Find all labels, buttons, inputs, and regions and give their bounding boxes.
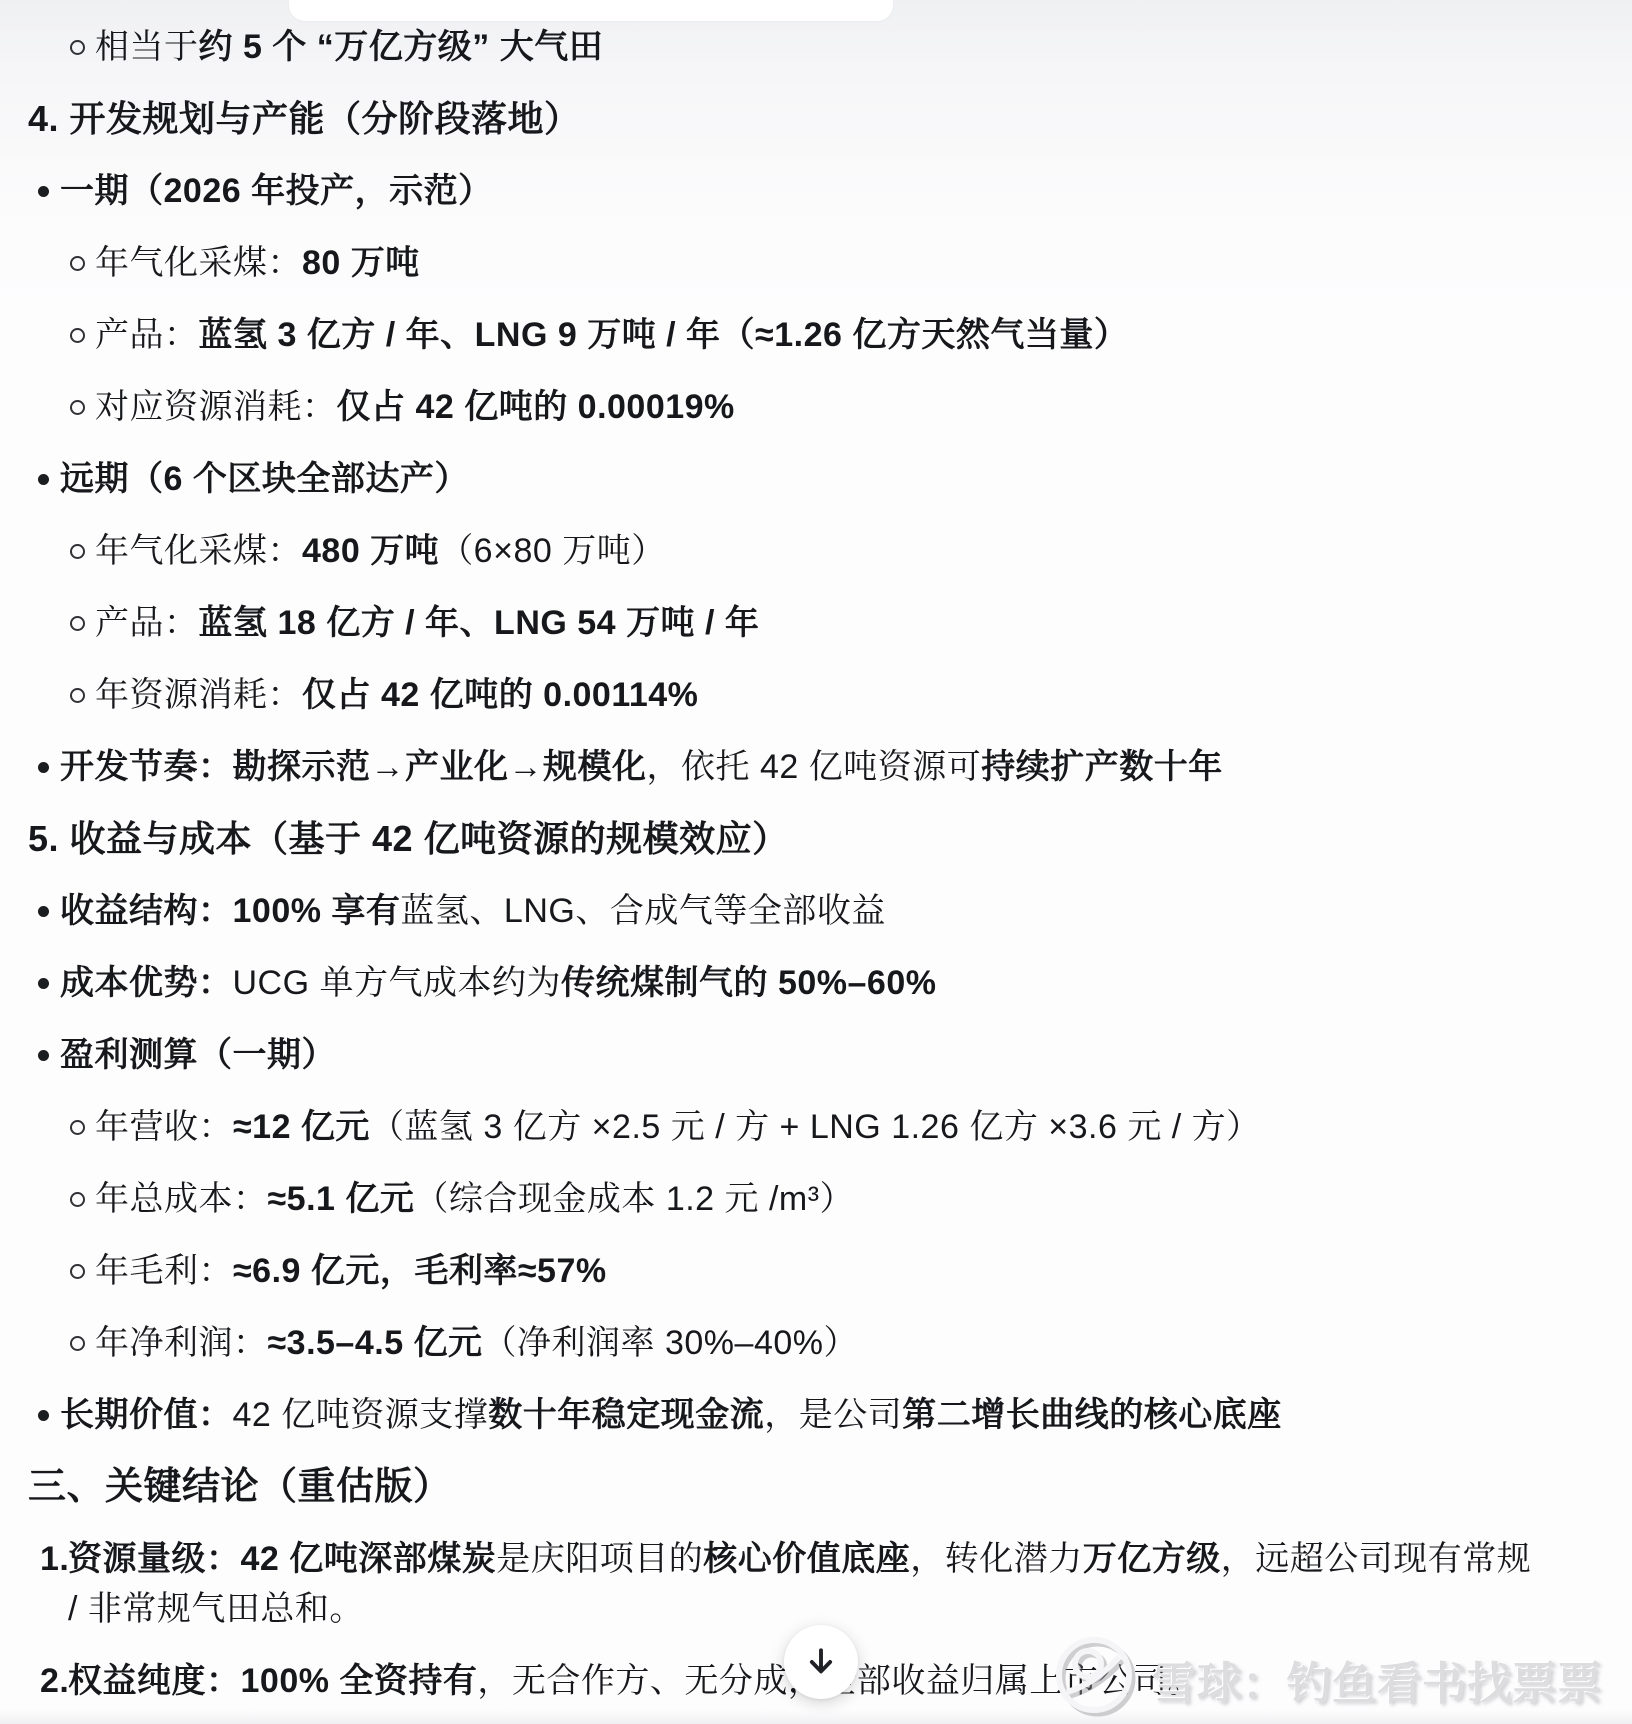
bullet-solid-icon: [38, 1050, 49, 1061]
line-text: 产品：蓝氢 18 亿方 / 年、LNG 54 万吨 / 年: [95, 604, 759, 642]
list-item: 年营收：≈12 亿元（蓝氢 3 亿方 ×2.5 元 / 方 + LNG 1.26…: [0, 1102, 1537, 1152]
list-item: 产品：蓝氢 18 亿方 / 年、LNG 54 万吨 / 年: [0, 598, 1537, 648]
line-text: 年气化采煤：480 万吨（6×80 万吨）: [95, 532, 666, 570]
list-item: 1.资源量级：42 亿吨深部煤炭是庆阳项目的核心价值底座，转化潜力万亿方级，远超…: [0, 1534, 1537, 1634]
bullet-solid-icon: [38, 186, 49, 197]
section-heading: 5. 收益与成本（基于 42 亿吨资源的规模效应）: [0, 814, 1537, 864]
bullet-solid-icon: [38, 906, 49, 917]
text-segment: 数十年稳定现金流: [488, 1396, 764, 1434]
bullet-hollow-icon: [70, 544, 85, 559]
text-segment: 年总成本：: [95, 1180, 268, 1218]
text-segment: （净利润率 30%–40%）: [483, 1324, 858, 1362]
list-item: 长期价值：42 亿吨资源支撑数十年稳定现金流，是公司第二增长曲线的核心底座: [0, 1390, 1537, 1440]
list-item: 年资源消耗：仅占 42 亿吨的 0.00114%: [0, 670, 1537, 720]
watermark: 雪球：钓鱼看书找票票: [1054, 1635, 1602, 1723]
line-text: 三、关键结论（重估版）: [28, 1466, 452, 1508]
download-arrow-icon: [803, 1644, 839, 1680]
text-segment: 480 万吨: [302, 532, 439, 570]
list-item: 一期（2026 年投产，示范）: [0, 166, 1537, 216]
text-segment: 资源量级：42 亿吨深部煤炭: [68, 1540, 496, 1578]
text-segment: 蓝氢、LNG、合成气等全部收益: [400, 892, 885, 930]
text-segment: 成本优势：: [60, 964, 233, 1002]
list-item: 年气化采煤：480 万吨（6×80 万吨）: [0, 526, 1537, 576]
xueqiu-snowball-logo-icon: [1054, 1635, 1142, 1723]
text-segment: 第二增长曲线的核心底座: [902, 1396, 1282, 1434]
bullet-solid-icon: [38, 762, 49, 773]
line-text: 收益结构：100% 享有蓝氢、LNG、合成气等全部收益: [60, 892, 886, 930]
text-segment: 产品：: [95, 316, 199, 354]
text-segment: 收益结构：100% 享有: [60, 892, 400, 930]
bullet-hollow-icon: [70, 688, 85, 703]
line-text: 一期（2026 年投产，示范）: [60, 172, 493, 210]
text-segment: 仅占 42 亿吨的 0.00114%: [302, 676, 698, 714]
text-segment: ，依托 42 亿吨资源可: [647, 748, 982, 786]
text-segment: 年气化采煤：: [95, 244, 302, 282]
text-segment: 5. 收益与成本（基于 42 亿吨资源的规模效应）: [28, 818, 789, 859]
text-segment: （6×80 万吨）: [439, 532, 666, 570]
text-segment: 80 万吨: [302, 244, 420, 282]
list-item: 年毛利：≈6.9 亿元，毛利率≈57%: [0, 1246, 1537, 1296]
line-text: 对应资源消耗：仅占 42 亿吨的 0.00019%: [95, 388, 735, 426]
line-text: 权益纯度：100% 全资持有，无合作方、无分成，全部收益归属上市公司。: [68, 1662, 1202, 1700]
section-heading: 4. 开发规划与产能（分阶段落地）: [0, 94, 1537, 144]
bullet-hollow-icon: [70, 256, 85, 271]
text-segment: ≈6.9 亿元，毛利率≈57%: [233, 1252, 607, 1290]
text-segment: 年毛利：: [95, 1252, 233, 1290]
line-text: 长期价值：42 亿吨资源支撑数十年稳定现金流，是公司第二增长曲线的核心底座: [60, 1396, 1282, 1434]
watermark-text: 雪球：钓鱼看书找票票: [1152, 1647, 1602, 1712]
text-segment: 4. 开发规划与产能（分阶段落地）: [28, 98, 581, 139]
list-number: 1.: [40, 1534, 69, 1584]
bullet-hollow-icon: [70, 616, 85, 631]
text-segment: 年资源消耗：: [95, 676, 302, 714]
bullet-hollow-icon: [70, 1336, 85, 1351]
text-segment: 核心价值底座: [703, 1540, 910, 1578]
bullet-hollow-icon: [70, 328, 85, 343]
text-segment: ≈5.1 亿元: [268, 1180, 415, 1218]
text-segment: 产品：: [95, 604, 199, 642]
bullet-hollow-icon: [70, 1264, 85, 1279]
text-segment: 一期（2026 年投产，示范）: [60, 172, 493, 210]
list-item: 年净利润：≈3.5–4.5 亿元（净利润率 30%–40%）: [0, 1318, 1537, 1368]
line-text: 4. 开发规划与产能（分阶段落地）: [28, 98, 581, 139]
text-segment: 传统煤制气的 50%–60%: [561, 964, 936, 1002]
text-segment: 盈利测算（一期）: [60, 1036, 336, 1074]
bullet-hollow-icon: [70, 1120, 85, 1135]
bullet-solid-icon: [38, 1410, 49, 1421]
text-segment: 年营收：: [95, 1108, 233, 1146]
line-text: 5. 收益与成本（基于 42 亿吨资源的规模效应）: [28, 818, 789, 859]
section-heading: 三、关键结论（重估版）: [0, 1462, 1537, 1512]
list-item: 远期（6 个区块全部达产）: [0, 454, 1537, 504]
line-text: 年毛利：≈6.9 亿元，毛利率≈57%: [95, 1252, 607, 1290]
text-segment: 42 亿吨资源支撑: [233, 1396, 489, 1434]
bullet-hollow-icon: [70, 40, 85, 55]
line-text: 资源量级：42 亿吨深部煤炭是庆阳项目的核心价值底座，转化潜力万亿方级，远超公司…: [68, 1540, 1531, 1628]
list-item: 对应资源消耗：仅占 42 亿吨的 0.00019%: [0, 382, 1537, 432]
list-item: 年总成本：≈5.1 亿元（综合现金成本 1.2 元 /m³）: [0, 1174, 1537, 1224]
line-text: 开发节奏：勘探示范→产业化→规模化，依托 42 亿吨资源可持续扩产数十年: [60, 748, 1223, 786]
bullet-hollow-icon: [70, 1192, 85, 1207]
text-segment: 权益纯度：100% 全资持有: [68, 1662, 477, 1700]
text-segment: 仅占 42 亿吨的 0.00019%: [337, 388, 735, 426]
line-text: 年资源消耗：仅占 42 亿吨的 0.00114%: [95, 676, 698, 714]
text-segment: ，转化潜力: [910, 1540, 1083, 1578]
line-text: 年营收：≈12 亿元（蓝氢 3 亿方 ×2.5 元 / 方 + LNG 1.26…: [95, 1108, 1261, 1146]
line-text: 远期（6 个区块全部达产）: [60, 460, 469, 498]
text-segment: 对应资源消耗：: [95, 388, 337, 426]
text-segment: 蓝氢 3 亿方 / 年、LNG 9 万吨 / 年（≈1.26 亿方天然气当量）: [199, 316, 1129, 354]
text-segment: 万亿方级: [1083, 1540, 1221, 1578]
text-segment: （蓝氢 3 亿方 ×2.5 元 / 方 + LNG 1.26 亿方 ×3.6 元…: [370, 1108, 1261, 1146]
line-text: 年气化采煤：80 万吨: [95, 244, 420, 282]
text-segment: （综合现金成本 1.2 元 /m³）: [414, 1180, 854, 1218]
line-text: 成本优势：UCG 单方气成本约为传统煤制气的 50%–60%: [60, 964, 936, 1002]
line-text: 年净利润：≈3.5–4.5 亿元（净利润率 30%–40%）: [95, 1324, 858, 1362]
list-number: 2.: [40, 1656, 69, 1706]
list-item: 年气化采煤：80 万吨: [0, 238, 1537, 288]
text-segment: 三、关键结论（重估版）: [28, 1466, 452, 1508]
text-segment: 持续扩产数十年: [981, 748, 1223, 786]
list-item: 成本优势：UCG 单方气成本约为传统煤制气的 50%–60%: [0, 958, 1537, 1008]
text-segment: 是庆阳项目的: [496, 1540, 703, 1578]
bullet-hollow-icon: [70, 400, 85, 415]
text-segment: 约 5 个 “万亿方级” 大气田: [199, 28, 604, 66]
app-page: 相当于约 5 个 “万亿方级” 大气田4. 开发规划与产能（分阶段落地）一期（2…: [0, 0, 1632, 1724]
text-segment: 相当于: [95, 28, 199, 66]
text-segment: 蓝氢 18 亿方 / 年、LNG 54 万吨 / 年: [199, 604, 760, 642]
text-segment: 开发节奏：勘探示范→产业化→规模化: [60, 748, 647, 786]
list-item: 相当于约 5 个 “万亿方级” 大气田: [0, 22, 1537, 72]
download-button[interactable]: [784, 1625, 858, 1699]
list-item: 盈利测算（一期）: [0, 1030, 1537, 1080]
text-segment: ，是公司: [764, 1396, 902, 1434]
text-segment: 年净利润：: [95, 1324, 268, 1362]
bullet-solid-icon: [38, 474, 49, 485]
text-segment: 长期价值：: [60, 1396, 233, 1434]
text-segment: UCG 单方气成本约为: [233, 964, 562, 1002]
line-text: 盈利测算（一期）: [60, 1036, 336, 1074]
document-body: 相当于约 5 个 “万亿方级” 大气田4. 开发规划与产能（分阶段落地）一期（2…: [0, 0, 1632, 1724]
text-segment: 远期（6 个区块全部达产）: [60, 460, 469, 498]
line-text: 相当于约 5 个 “万亿方级” 大气田: [95, 28, 603, 66]
bullet-solid-icon: [38, 978, 49, 989]
line-text: 年总成本：≈5.1 亿元（综合现金成本 1.2 元 /m³）: [95, 1180, 854, 1218]
list-item: 开发节奏：勘探示范→产业化→规模化，依托 42 亿吨资源可持续扩产数十年: [0, 742, 1537, 792]
list-item: 收益结构：100% 享有蓝氢、LNG、合成气等全部收益: [0, 886, 1537, 936]
text-segment: ≈12 亿元: [233, 1108, 370, 1146]
line-text: 产品：蓝氢 3 亿方 / 年、LNG 9 万吨 / 年（≈1.26 亿方天然气当…: [95, 316, 1128, 354]
text-segment: ≈3.5–4.5 亿元: [268, 1324, 483, 1362]
text-segment: 年气化采煤：: [95, 532, 302, 570]
list-item: 产品：蓝氢 3 亿方 / 年、LNG 9 万吨 / 年（≈1.26 亿方天然气当…: [0, 310, 1537, 360]
